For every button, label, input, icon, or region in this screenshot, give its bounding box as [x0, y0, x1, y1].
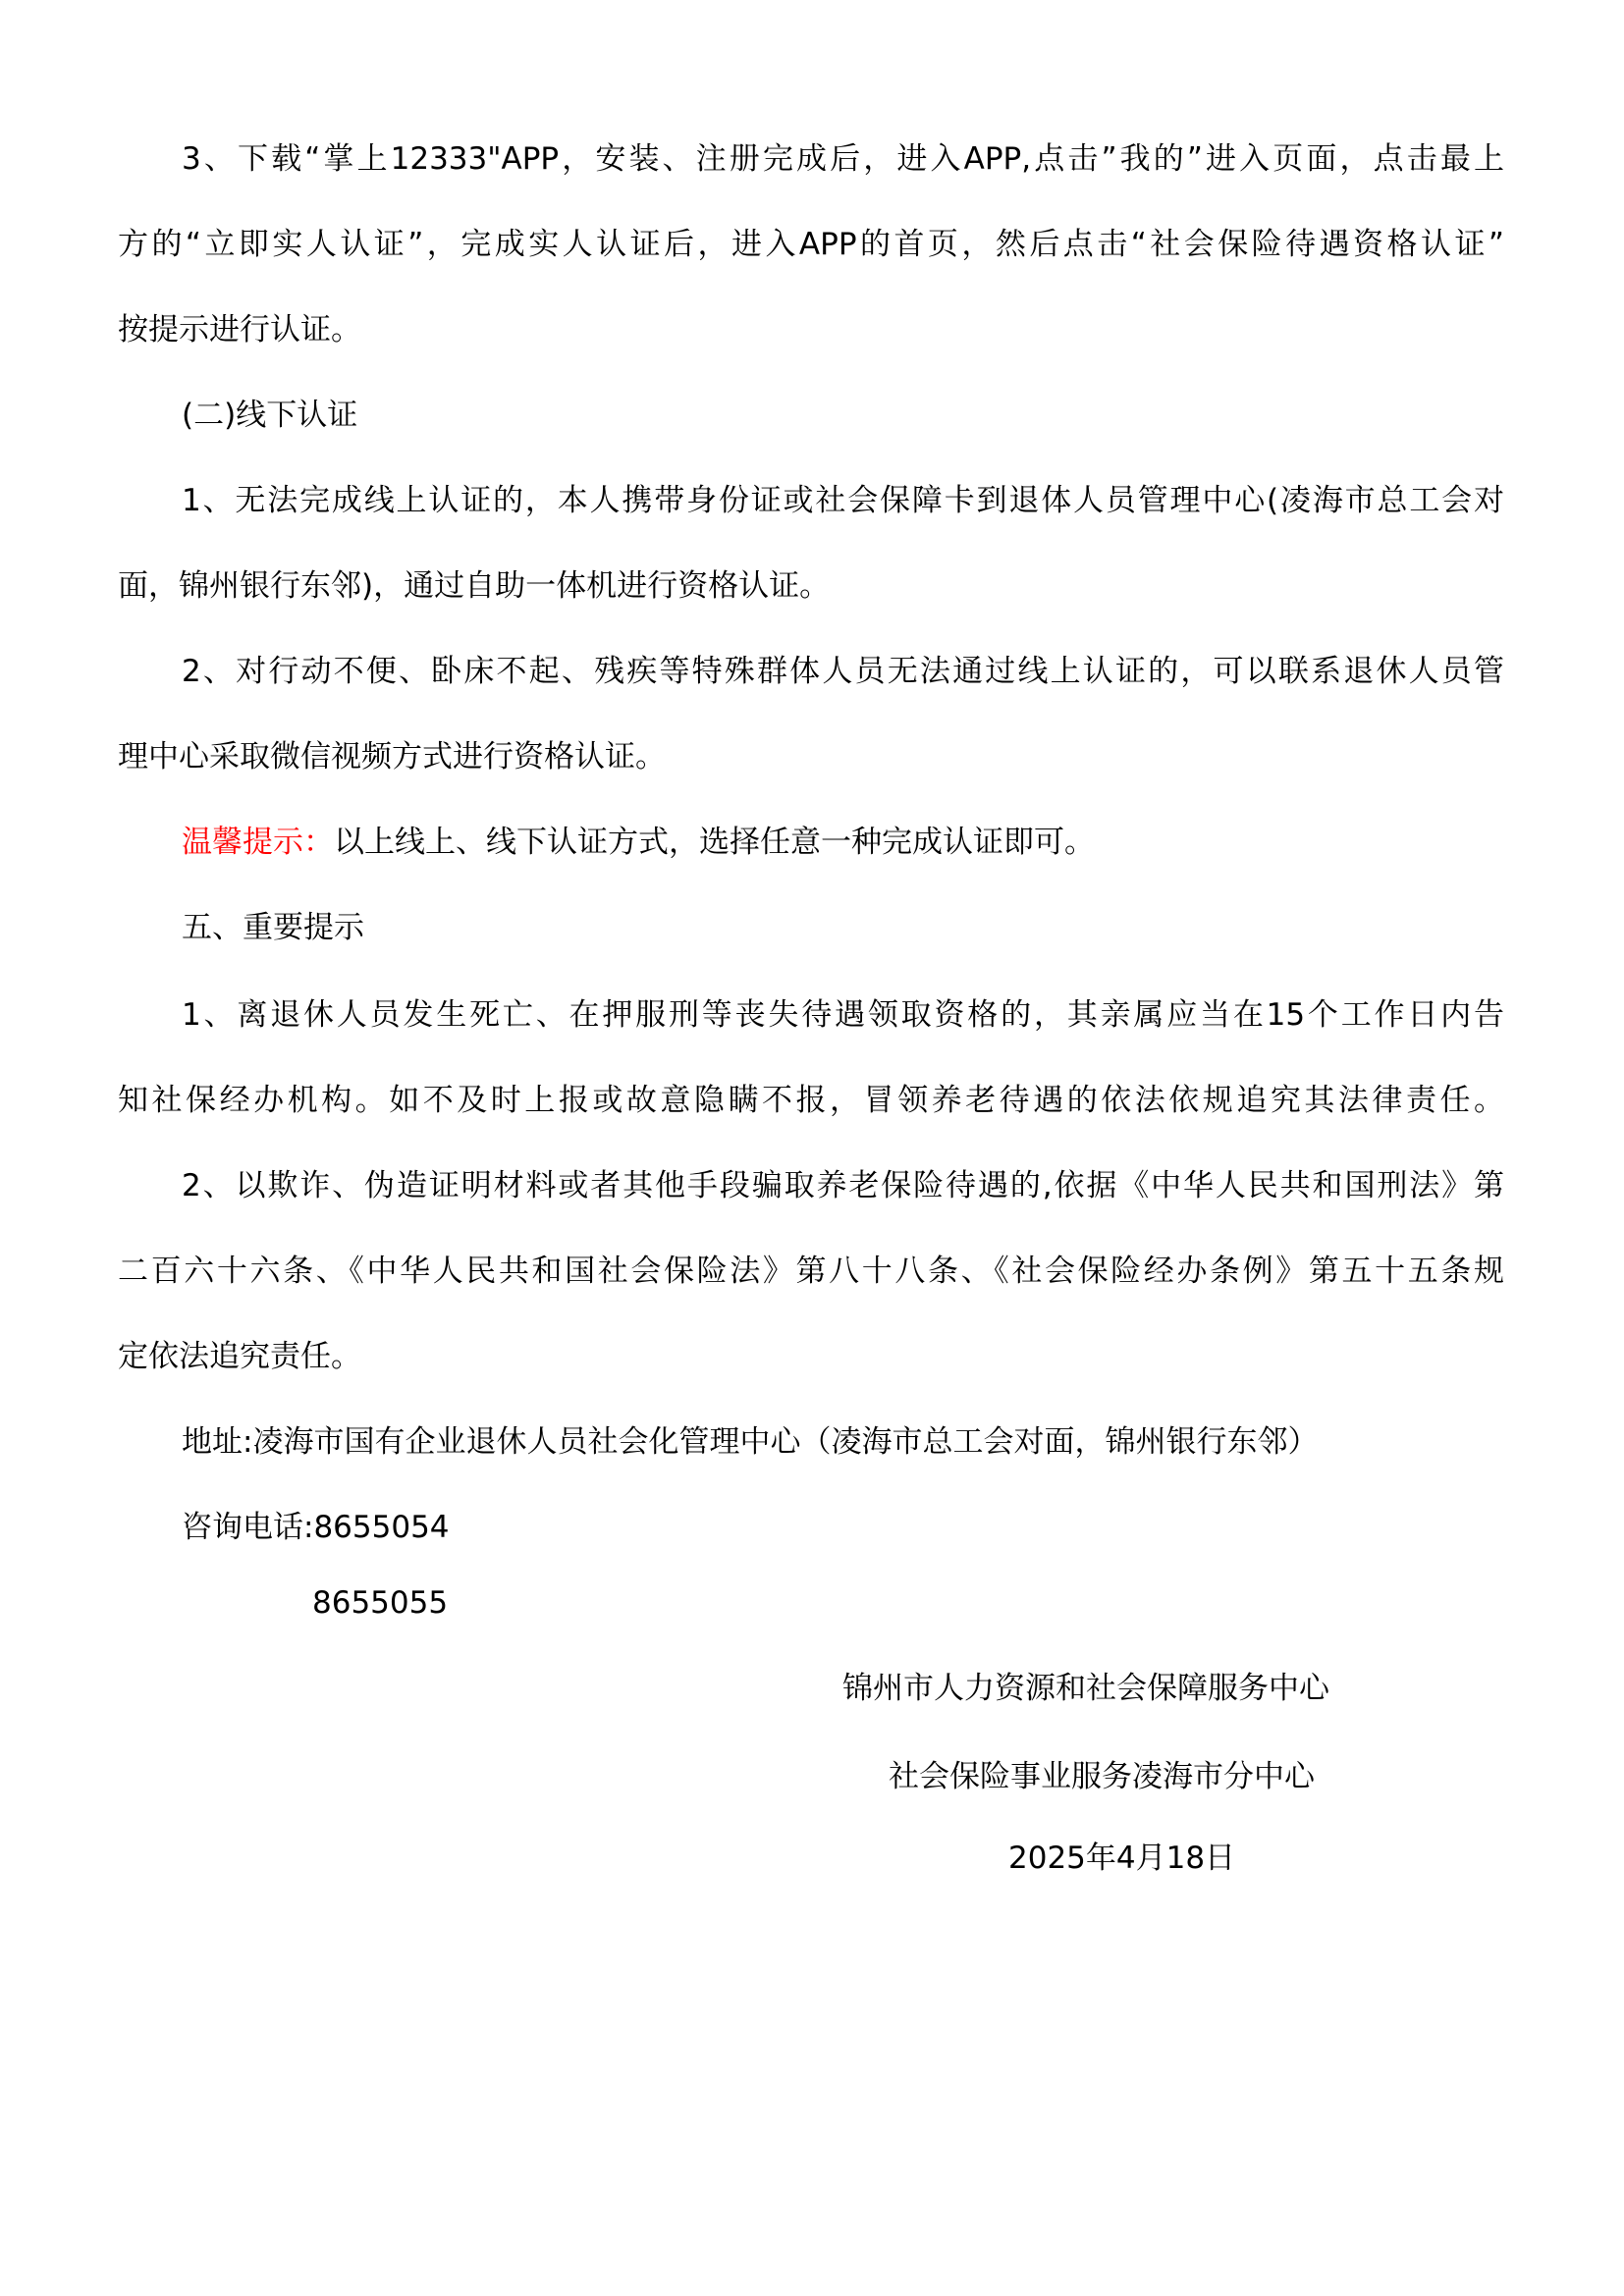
contact-phone-row: 咨询电话:8655054: [182, 1506, 450, 1549]
important-1-line-2: 知社保经办机构。如不及时上报或故意隐瞒不报，冒领养老待遇的依法依规追究其法律责任…: [118, 1079, 1504, 1122]
contact-phone-1: 8655054: [313, 1510, 449, 1545]
online-step-3-line-3: 按提示进行认证。: [118, 308, 361, 351]
warm-tip: 温馨提示：以上线上、线下认证方式，选择任意一种完成认证即可。: [182, 821, 1095, 864]
online-step-3-line-1: 3、下载“掌上12333"APP，安装、注册完成后，进入APP,点击”我的”进入…: [182, 137, 1504, 181]
important-2-line-1: 2、以欺诈、伪造证明材料或者其他手段骗取养老保险待遇的,依据《中华人民共和国刑法…: [182, 1164, 1504, 1207]
signature-org-1: 锦州市人力资源和社会保障服务中心: [842, 1667, 1329, 1710]
warm-tip-text: 以上线上、线下认证方式，选择任意一种完成认证即可。: [334, 825, 1095, 860]
offline-step-1-line-1: 1、无法完成线上认证的，本人携带身份证或社会保障卡到退体人员管理中心(凌海市总工…: [182, 479, 1504, 522]
warm-tip-label: 温馨提示：: [182, 825, 334, 860]
offline-heading: (二)线下认证: [182, 394, 357, 437]
offline-step-2-line-1: 2、对行动不便、卧床不起、残疾等特殊群体人员无法通过线上认证的，可以联系退休人员…: [182, 650, 1504, 693]
contact-address: 地址:凌海市国有企业退休人员社会化管理中心（凌海市总工会对面，锦州银行东邻）: [182, 1420, 1318, 1464]
contact-phone-label: 咨询电话:: [182, 1510, 313, 1545]
important-1-line-1: 1、离退休人员发生死亡、在押服刑等丧失待遇领取资格的，其亲属应当在15个工作日内…: [182, 993, 1504, 1037]
signature-date: 2025年4月18日: [1008, 1837, 1235, 1880]
offline-step-1-line-2: 面，锦州银行东邻)，通过自助一体机进行资格认证。: [118, 564, 830, 608]
document-page: 3、下载“掌上12333"APP，安装、注册完成后，进入APP,点击”我的”进入…: [0, 0, 1624, 2296]
online-step-3-line-2: 方的“立即实人认证”，完成实人认证后，进入APP的首页，然后点击“社会保险待遇资…: [118, 223, 1504, 266]
contact-phone-2: 8655055: [312, 1581, 448, 1625]
important-2-line-3: 定依法追究责任。: [118, 1335, 361, 1378]
offline-step-2-line-2: 理中心采取微信视频方式进行资格认证。: [118, 735, 666, 778]
signature-org-2: 社会保险事业服务凌海市分中心: [889, 1755, 1315, 1798]
important-2-line-2: 二百六十六条、《中华人民共和国社会保险法》第八十八条、《社会保险经办条例》第五十…: [118, 1250, 1504, 1293]
section-5-heading: 五、重要提示: [182, 906, 364, 949]
